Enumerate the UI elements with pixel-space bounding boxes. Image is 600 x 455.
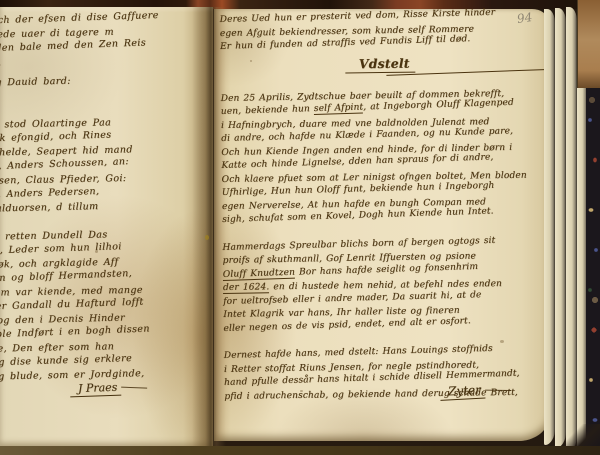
section-heading-row: Vdstelt (220, 55, 540, 79)
line-fragment: , at Ingeborgh Oluff Klagenped (363, 98, 514, 113)
signature-flourish (121, 387, 147, 389)
page-edge (555, 8, 566, 448)
right-page-text: Deres Ued hun er presterit ved dom, Riss… (220, 10, 545, 404)
page-edge (566, 7, 577, 452)
left-page-signature: J Praes (70, 380, 148, 396)
underlined-fragment: self Afpint (314, 102, 364, 115)
paper-speck (300, 390, 303, 392)
bottom-shadow (0, 446, 600, 455)
signature-text: Zyter (440, 383, 486, 401)
page-number: 94 (516, 10, 533, 26)
underlined-fragment: Oluff Knudtzen (223, 267, 296, 280)
underlined-fragment: der 1624. (223, 282, 270, 294)
line-fragment: uen, bekiende hun (221, 104, 314, 117)
signature-text: J Praes (70, 381, 122, 398)
section-heading: Vdstelt (345, 55, 416, 73)
signature-flourish (485, 390, 511, 391)
manuscript-photo: lder, och der efsen di dise Gaffuere da … (0, 0, 600, 455)
leather-corner (577, 0, 600, 88)
paper-speck (500, 340, 504, 343)
page-edge (544, 9, 555, 445)
paper-speck (205, 235, 209, 240)
left-page-text: lder, och der efsen di dise Gaffuere da … (0, 11, 209, 385)
paper-speck (250, 60, 252, 62)
paper-speck (95, 250, 98, 253)
